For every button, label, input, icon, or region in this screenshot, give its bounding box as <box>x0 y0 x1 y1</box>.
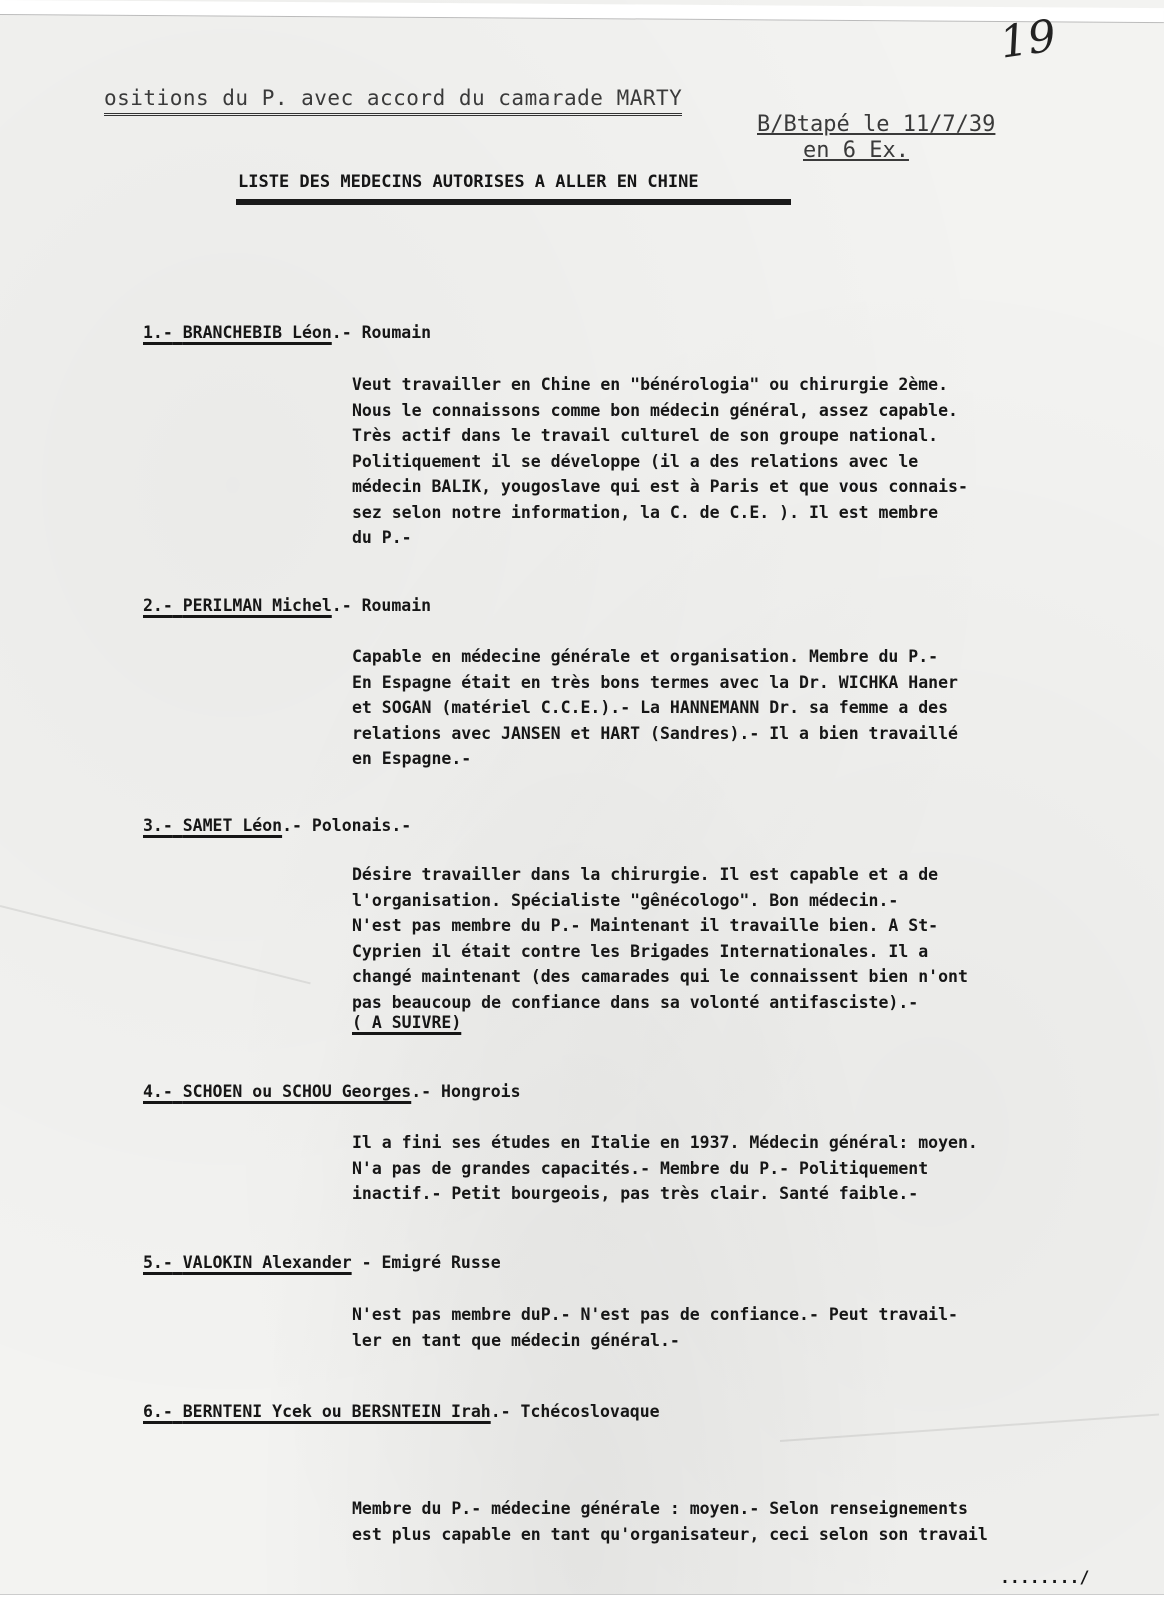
entry-number: 4.- <box>143 1082 173 1101</box>
handwritten-page-number: 19 <box>997 10 1060 68</box>
entry-heading: 4.- SCHOEN ou SCHOU Georges.- Hongrois <box>143 1082 521 1101</box>
entry-name: BRANCHEBIB Léon <box>183 323 332 342</box>
entry-heading: 5.- VALOKIN Alexander - Emigré Russe <box>143 1253 501 1272</box>
entry-nationality: .- Tchécoslovaque <box>491 1402 660 1421</box>
paper-crease <box>0 905 311 984</box>
page-continuation-marker: ......../ <box>1000 1568 1089 1587</box>
entry-number: 5.- <box>143 1253 173 1272</box>
header-reference-line: ositions du P. avec accord du camarade M… <box>104 86 682 116</box>
entry-nationality: .- Roumain <box>332 323 431 342</box>
entry-description: Veut travailler en Chine en "bénérologia… <box>352 372 968 551</box>
title-underline <box>236 199 791 205</box>
entry-heading: 1.- BRANCHEBIB Léon.- Roumain <box>143 323 431 342</box>
entry-description: Capable en médecine générale et organisa… <box>352 644 958 772</box>
entry-name: VALOKIN Alexander <box>183 1253 352 1272</box>
entry-nationality: .- Hongrois <box>411 1082 520 1101</box>
entry-name: SCHOEN ou SCHOU Georges <box>183 1082 411 1101</box>
entry-number: 1.- <box>143 323 173 342</box>
paper-bottom-edge <box>0 1594 1164 1617</box>
entry-number: 6.- <box>143 1402 173 1421</box>
dispatch-date: B/Btapé le 11/7/39 <box>757 112 995 137</box>
entry-name: BERNTENI Ycek ou BERSNTEIN Irah <box>183 1402 491 1421</box>
entry-nationality: .- Polonais.- <box>282 816 411 835</box>
entry-name: PERILMAN Michel <box>183 596 332 615</box>
entry-description: Désire travailler dans la chirurgie. Il … <box>352 862 968 1015</box>
continuation-note: ( A SUIVRE) <box>352 1013 461 1032</box>
document-title: LISTE DES MEDECINS AUTORISES A ALLER EN … <box>238 172 699 192</box>
entry-nationality: - Emigré Russe <box>352 1253 501 1272</box>
entry-nationality: .- Roumain <box>332 596 431 615</box>
entry-heading: 3.- SAMET Léon.- Polonais.- <box>143 816 411 835</box>
entry-heading: 2.- PERILMAN Michel.- Roumain <box>143 596 431 615</box>
entry-number: 3.- <box>143 816 173 835</box>
entry-description: Membre du P.- médecine générale : moyen.… <box>352 1496 988 1547</box>
paper-crease <box>780 1413 1159 1442</box>
entry-description: Il a fini ses études en Italie en 1937. … <box>352 1130 978 1207</box>
paper-top-edge <box>0 0 1164 23</box>
entry-heading: 6.- BERNTENI Ycek ou BERSNTEIN Irah.- Tc… <box>143 1402 660 1421</box>
entry-number: 2.- <box>143 596 173 615</box>
entry-name: SAMET Léon <box>183 816 282 835</box>
copies-count: en 6 Ex. <box>803 138 909 163</box>
entry-description: N'est pas membre duP.- N'est pas de conf… <box>352 1302 958 1353</box>
